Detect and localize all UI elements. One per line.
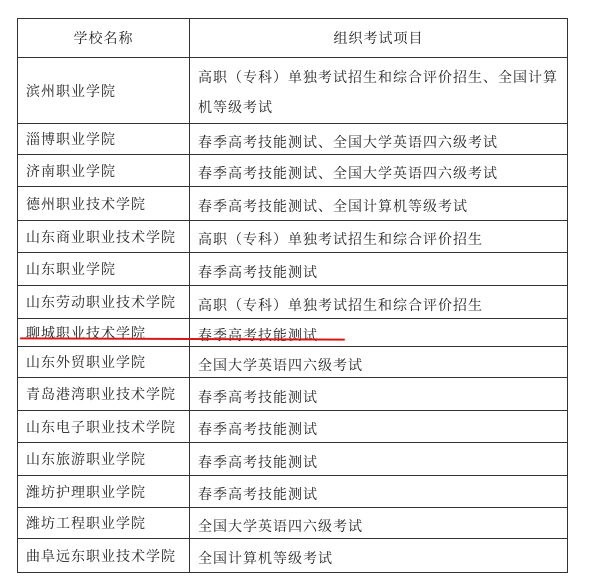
school-name-cell: 潍坊工程职业学院 (18, 508, 190, 539)
exam-items-cell: 春季高考技能测试、全国大学英语四六级考试 (190, 124, 568, 155)
school-name-cell: 山东电子职业技术学院 (18, 411, 190, 443)
exam-items-cell: 春季高考技能测试 (190, 319, 568, 347)
exam-items-cell: 春季高考技能测试、全国计算机等级考试 (190, 187, 568, 221)
table-row: 青岛港湾职业技术学院春季高考技能测试 (18, 378, 568, 411)
school-name-cell: 聊城职业技术学院 (18, 319, 190, 347)
school-name-cell: 曲阜远东职业技术学院 (18, 539, 190, 573)
header-school-name: 学校名称 (18, 19, 190, 58)
header-exam-items: 组织考试项目 (190, 19, 568, 58)
school-name-cell: 山东外贸职业学院 (18, 347, 190, 378)
school-name-cell: 山东职业学院 (18, 253, 190, 286)
exam-items-cell: 全国大学英语四六级考试 (190, 347, 568, 378)
school-name-cell: 济南职业学院 (18, 155, 190, 187)
table-row: 山东商业职业技术学院高职（专科）单独考试招生和综合评价招生 (18, 221, 568, 253)
school-name-cell: 山东旅游职业学院 (18, 443, 190, 476)
table-row: 聊城职业技术学院春季高考技能测试 (18, 319, 568, 347)
table-row: 淄博职业学院春季高考技能测试、全国大学英语四六级考试 (18, 124, 568, 155)
exam-items-cell: 春季高考技能测试 (190, 443, 568, 476)
table-row: 山东电子职业技术学院春季高考技能测试 (18, 411, 568, 443)
school-name-cell: 山东劳动职业技术学院 (18, 286, 190, 319)
table-row: 山东劳动职业技术学院高职（专科）单独考试招生和综合评价招生 (18, 286, 568, 319)
table-header-row: 学校名称 组织考试项目 (18, 19, 568, 58)
table-row: 潍坊护理职业学院春季高考技能测试 (18, 476, 568, 508)
exam-items-cell: 春季高考技能测试 (190, 253, 568, 286)
table-row: 滨州职业学院高职（专科）单独考试招生和综合评价招生、全国计算机等级考试 (18, 58, 568, 124)
exam-items-cell: 春季高考技能测试 (190, 476, 568, 508)
exam-items-cell: 春季高考技能测试、全国大学英语四六级考试 (190, 155, 568, 187)
exam-items-cell: 全国大学英语四六级考试 (190, 508, 568, 539)
exam-items-cell: 全国计算机等级考试 (190, 539, 568, 573)
exam-items-cell: 高职（专科）单独考试招生和综合评价招生 (190, 221, 568, 253)
table-row: 曲阜远东职业技术学院全国计算机等级考试 (18, 539, 568, 573)
table-row: 潍坊工程职业学院全国大学英语四六级考试 (18, 508, 568, 539)
table-row: 山东旅游职业学院春季高考技能测试 (18, 443, 568, 476)
school-name-cell: 淄博职业学院 (18, 124, 190, 155)
exam-schools-table: 学校名称 组织考试项目 滨州职业学院高职（专科）单独考试招生和综合评价招生、全国… (17, 18, 568, 573)
exam-items-cell: 春季高考技能测试 (190, 378, 568, 411)
table-body: 滨州职业学院高职（专科）单独考试招生和综合评价招生、全国计算机等级考试淄博职业学… (18, 58, 568, 573)
school-name-cell: 滨州职业学院 (18, 58, 190, 124)
school-name-cell: 德州职业技术学院 (18, 187, 190, 221)
exam-items-cell: 春季高考技能测试 (190, 411, 568, 443)
school-name-cell: 青岛港湾职业技术学院 (18, 378, 190, 411)
table-row: 山东职业学院春季高考技能测试 (18, 253, 568, 286)
table-row: 德州职业技术学院春季高考技能测试、全国计算机等级考试 (18, 187, 568, 221)
table-row: 济南职业学院春季高考技能测试、全国大学英语四六级考试 (18, 155, 568, 187)
school-name-cell: 潍坊护理职业学院 (18, 476, 190, 508)
school-name-cell: 山东商业职业技术学院 (18, 221, 190, 253)
exam-items-cell: 高职（专科）单独考试招生和综合评价招生、全国计算机等级考试 (190, 58, 568, 124)
exam-items-cell: 高职（专科）单独考试招生和综合评价招生 (190, 286, 568, 319)
table-row: 山东外贸职业学院全国大学英语四六级考试 (18, 347, 568, 378)
